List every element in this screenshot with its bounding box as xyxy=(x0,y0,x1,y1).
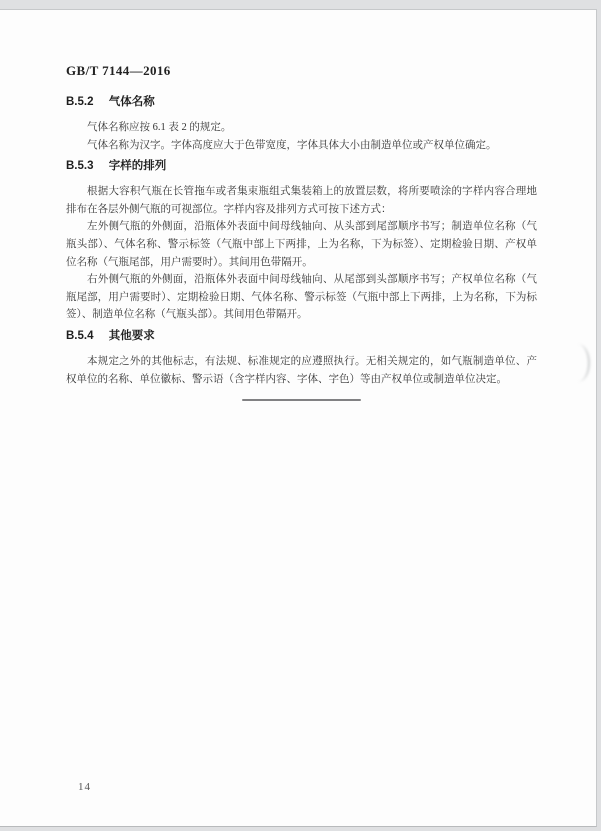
paragraph: 右外侧气瓶的外侧面，沿瓶体外表面中间母线轴向、从尾部到头部顺序书写；产权单位名称… xyxy=(66,271,537,324)
section-title: 字样的排列 xyxy=(109,160,167,172)
section-heading: B.5.3 字样的排列 xyxy=(66,159,537,173)
scan-artifact-mark xyxy=(576,344,590,382)
paragraph: 气体名称为汉字。字体高度应大于色带宽度，字体具体大小由制造单位或产权单位确定。 xyxy=(66,137,537,155)
section-number: B.5.3 xyxy=(66,160,94,172)
section-heading: B.5.4 其他要求 xyxy=(66,329,537,343)
paragraph: 根据大容积气瓶在长管拖车或者集束瓶组式集装箱上的放置层数，将所要喷涂的字样内容合… xyxy=(66,183,537,218)
section-number: B.5.2 xyxy=(66,96,94,108)
section-title: 气体名称 xyxy=(109,96,155,108)
paragraph: 气体名称应按 6.1 表 2 的规定。 xyxy=(66,119,537,137)
section-b-5-4: B.5.4 其他要求 本规定之外的其他标志，有法规、标准规定的应遵照执行。无相关… xyxy=(66,329,537,388)
standard-number-header: GB/T 7144—2016 xyxy=(66,63,537,78)
paragraph: 本规定之外的其他标志，有法规、标准规定的应遵照执行。无相关规定的，如气瓶制造单位… xyxy=(66,353,537,388)
section-b-5-3: B.5.3 字样的排列 根据大容积气瓶在长管拖车或者集束瓶组式集装箱上的放置层数… xyxy=(66,159,537,324)
scan-background: GB/T 7144—2016 B.5.2 气体名称 气体名称应按 6.1 表 2… xyxy=(0,0,601,831)
section-title: 其他要求 xyxy=(109,330,155,342)
paragraph: 左外侧气瓶的外侧面，沿瓶体外表面中间母线轴向、从头部到尾部顺序书写；制造单位名称… xyxy=(66,218,537,271)
document-page: GB/T 7144—2016 B.5.2 气体名称 气体名称应按 6.1 表 2… xyxy=(0,9,597,827)
section-number: B.5.4 xyxy=(66,330,94,342)
end-of-text-divider xyxy=(242,399,361,401)
section-heading: B.5.2 气体名称 xyxy=(66,95,537,109)
page-number: 14 xyxy=(78,781,91,793)
section-b-5-2: B.5.2 气体名称 气体名称应按 6.1 表 2 的规定。 气体名称为汉字。字… xyxy=(66,95,537,154)
